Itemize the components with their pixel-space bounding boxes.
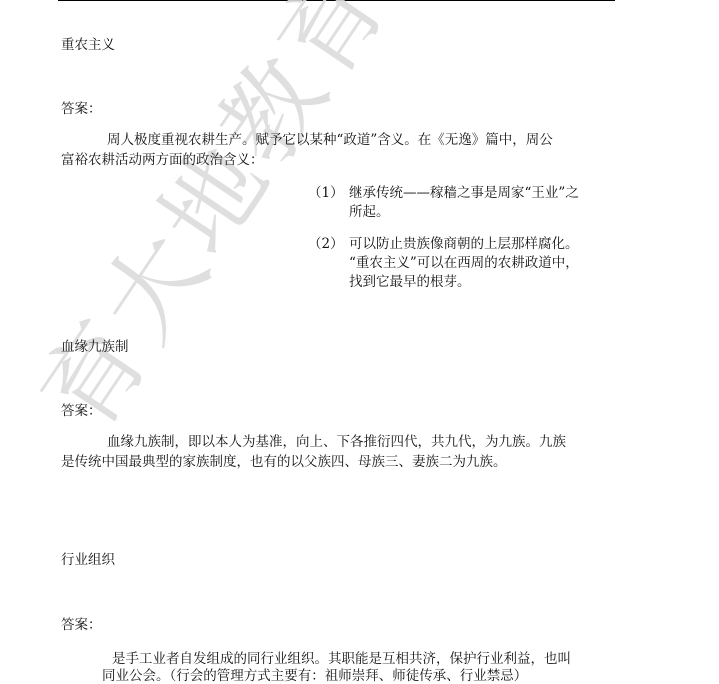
section-title: 行业组织 — [61, 551, 115, 569]
list-item-line: “重农主义”可以在西周的农耕政道中， — [349, 254, 579, 272]
paragraph-line: 血缘九族制，即以本人为基准，向上、下各推衍四代，共九代，为九族。九族 — [107, 433, 655, 451]
paragraph-line: 富裕农耕活动两方面的政治含义： — [61, 151, 609, 169]
paragraph-line: 同业公会。（行会的管理方式主要有：祖师崇拜、师徒传承、行业禁忌） — [102, 667, 650, 684]
document-page: 重农主义 答案： 周人极度重视农耕生产。赋予它以某种“政道”含义。在《无逸》篇中… — [0, 0, 719, 684]
list-item-line: 继承传统——稼穑之事是周家“王业”之 — [349, 184, 579, 202]
list-item-line: 可以防止贵族像商朝的上层那样腐化。 — [349, 235, 579, 253]
list-number: （1） — [308, 184, 344, 202]
answer-label: 答案： — [61, 402, 102, 420]
section-title: 重农主义 — [61, 36, 115, 54]
section-title: 血缘九族制 — [61, 338, 129, 356]
list-number: （2） — [308, 235, 344, 253]
list-item-line: 找到它最早的根芽。 — [349, 273, 471, 291]
list-item-line: 所起。 — [349, 203, 390, 221]
answer-label: 答案： — [61, 616, 102, 634]
paragraph-line: 周人极度重视农耕生产。赋予它以某种“政道”含义。在《无逸》篇中，周公 — [107, 131, 655, 149]
answer-label: 答案： — [61, 100, 102, 118]
paragraph-line: 是传统中国最典型的家族制度，也有的以父族四、母族三、妻族二为九族。 — [61, 453, 609, 471]
paragraph-line: 是手工业者自发组成的同行业组织。其职能是互相共济，保护行业利益，也叫 — [112, 650, 660, 668]
